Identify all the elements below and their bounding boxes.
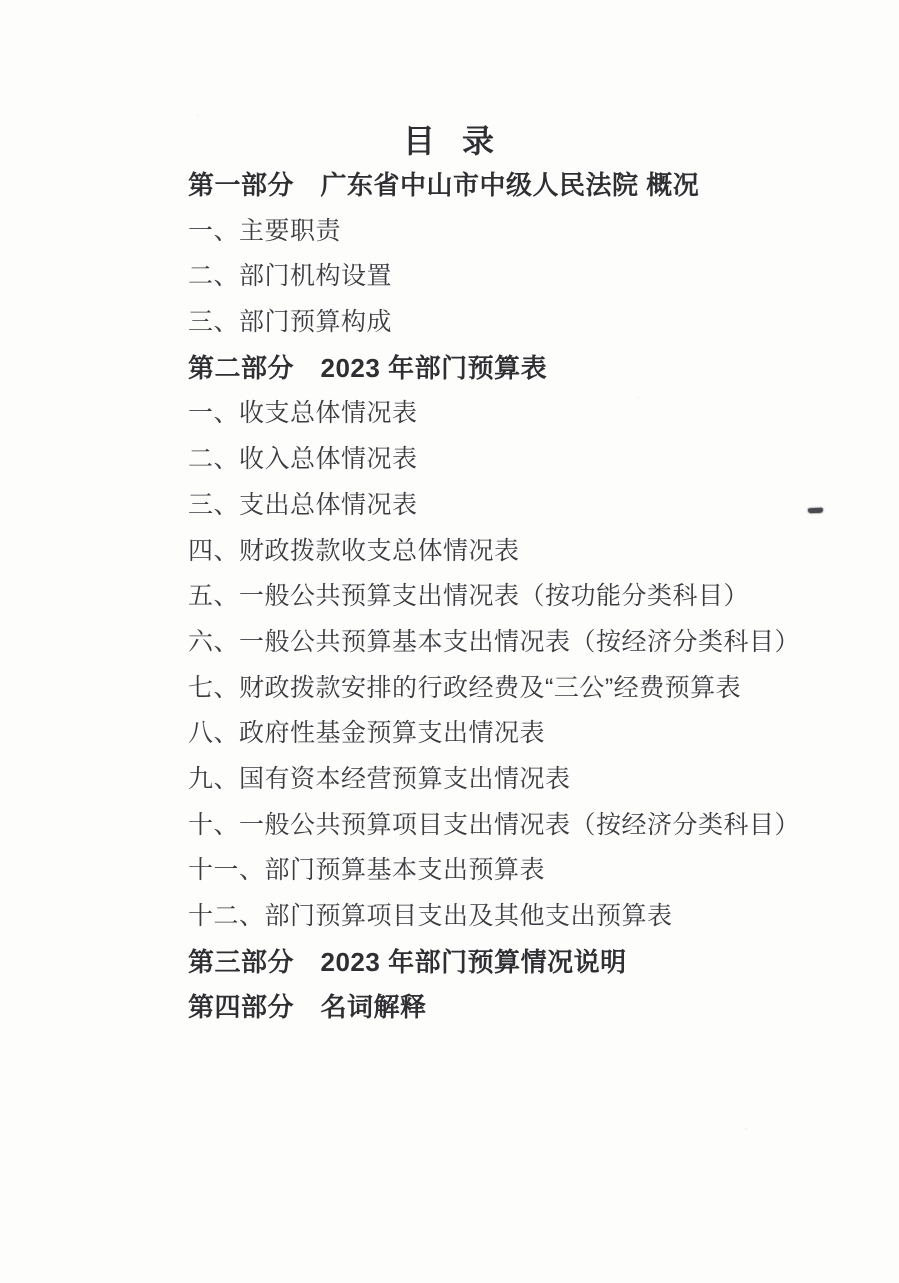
toc-part1-item-2: 二、部门机构设置 [188, 254, 859, 300]
toc-part2-item-6: 六、一般公共预算基本支出情况表（按经济分类科目） [188, 620, 859, 666]
scan-artifact-dash [808, 508, 823, 514]
toc-part1-item-3: 三、部门预算构成 [188, 300, 859, 346]
toc-part2-item-2: 二、收入总体情况表 [188, 437, 859, 483]
toc-part2-item-12: 十二、部门预算项目支出及其他支出预算表 [188, 894, 859, 940]
toc-part2-item-5: 五、一般公共预算支出情况表（按功能分类科目） [188, 574, 859, 620]
toc-part3-heading: 第三部分 2023 年部门预算情况说明 [188, 940, 859, 986]
toc-part1-item-1: 一、主要职责 [188, 209, 859, 255]
toc-part2-item-7: 七、财政拨款安排的行政经费及“三公”经费预算表 [188, 666, 859, 712]
toc-part2-item-8: 八、政府性基金预算支出情况表 [188, 711, 859, 757]
toc-part2-item-11: 十一、部门预算基本支出预算表 [188, 848, 859, 894]
toc-part2-item-10: 十、一般公共预算项目支出情况表（按经济分类科目） [188, 803, 859, 849]
toc-part2-item-4: 四、财政拨款收支总体情况表 [188, 529, 859, 575]
scanned-document-page: 目 录 第一部分 广东省中山市中级人民法院 概况 一、主要职责 二、部门机构设置… [0, 0, 899, 1283]
page-title: 目 录 [0, 124, 899, 158]
toc-part1-heading: 第一部分 广东省中山市中级人民法院 概况 [188, 163, 859, 209]
table-of-contents: 第一部分 广东省中山市中级人民法院 概况 一、主要职责 二、部门机构设置 三、部… [188, 163, 859, 1031]
toc-part2-heading: 第二部分 2023 年部门预算表 [188, 346, 859, 392]
toc-part2-item-9: 九、国有资本经营预算支出情况表 [188, 757, 859, 803]
toc-part2-item-3: 三、支出总体情况表 [188, 483, 859, 529]
toc-part4-heading: 第四部分 名词解释 [188, 985, 859, 1031]
toc-part2-item-1: 一、收支总体情况表 [188, 391, 859, 437]
